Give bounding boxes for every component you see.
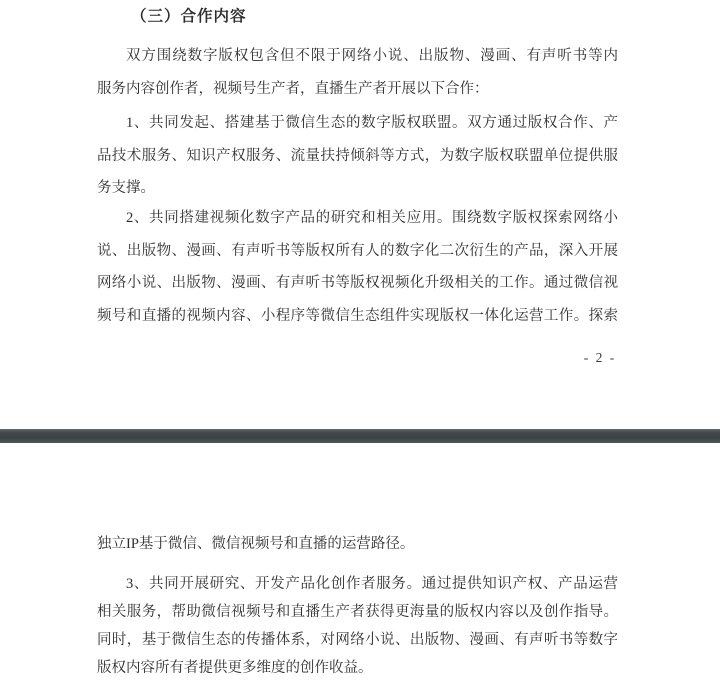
paragraph: 2、共同搭建视频化数字产品的研究和相关应用。围绕数字版权探索网络小 说、出版物、… [97,202,618,332]
text-line: 1、共同发起、搭建基于微信生态的数字版权联盟。双方通过版权合作、产 [97,107,618,140]
section-heading: （三）合作内容 [131,4,247,30]
text-line: 说、出版物、漫画、有声听书等版权所有人的数字化二次衍生的产品，深入开展 [97,235,618,268]
text-line: 务支撑。 [97,172,618,205]
paragraph: 双方围绕数字版权包含但不限于网络小说、出版物、漫画、有声听书等内容， 服务内容创… [97,40,618,105]
document-scroll-area[interactable]: （三）合作内容 双方围绕数字版权包含但不限于网络小说、出版物、漫画、有声听书等内… [0,0,720,695]
text-line: 独立IP基于微信、微信视频号和直播的运营路径。 [97,530,618,558]
paragraph: 3、共同开展研究、开发产品化创作者服务。通过提供知识产权、产品运营 相关服务，帮… [97,570,618,682]
paragraph: 独立IP基于微信、微信视频号和直播的运营路径。 [97,530,618,558]
text-line: 双方围绕数字版权包含但不限于网络小说、出版物、漫画、有声听书等内容， [97,40,618,73]
text-line: 2、共同搭建视频化数字产品的研究和相关应用。围绕数字版权探索网络小 [97,202,618,235]
document-page-1: （三）合作内容 双方围绕数字版权包含但不限于网络小说、出版物、漫画、有声听书等内… [0,0,720,429]
text-line: 品技术服务、知识产权服务、流量扶持倾斜等方式，为数字版权联盟单位提供服 [97,140,618,173]
text-line: 同时，基于微信生态的传播体系，对网络小说、出版物、漫画、有声听书等数字 [97,626,618,654]
text-line: 频号和直播的视频内容、小程序等微信生态组件实现版权一体化运营工作。探索 [97,300,618,333]
text-line: 3、共同开展研究、开发产品化创作者服务。通过提供知识产权、产品运营 [97,570,618,598]
page-separator-bar [0,429,720,443]
text-line: 相关服务，帮助微信视频号和直播生产者获得更海量的版权内容以及创作指导。 [97,598,618,626]
text-line: 服务内容创作者，视频号生产者，直播生产者开展以下合作： [97,73,618,106]
text-line: 版权内容所有者提供更多维度的创作收益。 [97,654,618,682]
text-line: 网络小说、出版物、漫画、有声听书等版权视频化升级相关的工作。通过微信视 [97,267,618,300]
page-number: - 2 - [558,349,642,367]
paragraph: 1、共同发起、搭建基于微信生态的数字版权联盟。双方通过版权合作、产 品技术服务、… [97,107,618,205]
